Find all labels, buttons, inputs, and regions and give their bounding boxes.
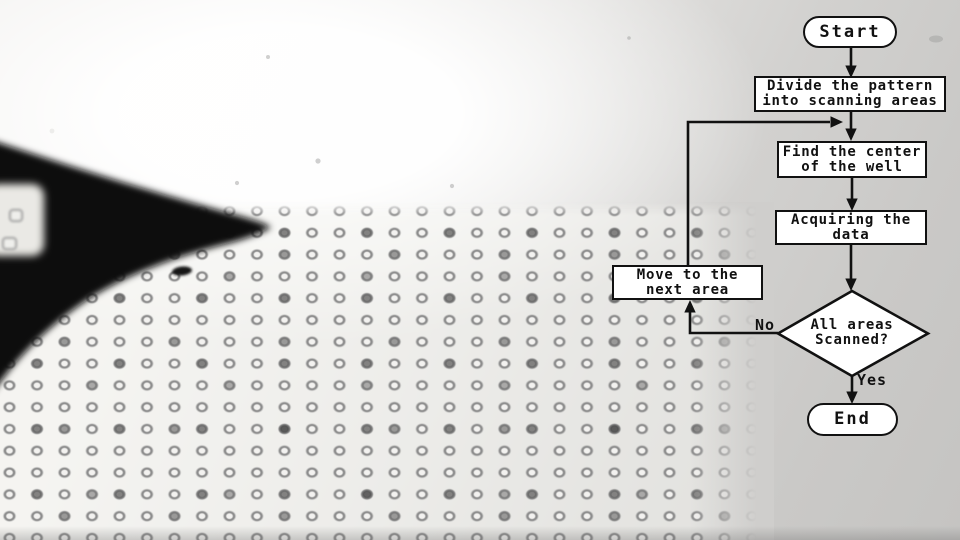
flow-node-decision-label: All areas Scanned? <box>779 318 925 348</box>
node-label-line: of the well <box>779 160 925 175</box>
node-label: End <box>809 411 896 428</box>
flow-node-start: Start <box>803 16 897 48</box>
node-label-line: Acquiring the <box>777 213 925 228</box>
microwell-array-fade <box>690 202 774 540</box>
node-label-line: All areas <box>779 318 925 333</box>
microwell-array <box>0 202 756 540</box>
micrograph-scene: Start Divide the pattern into scanning a… <box>0 0 960 540</box>
node-label-line: Divide the pattern <box>756 79 944 94</box>
edge-label-yes: Yes <box>857 371 887 389</box>
node-label: Start <box>805 24 895 41</box>
flow-node-acquire-data: Acquiring the data <box>775 210 927 245</box>
flow-node-find-center: Find the center of the well <box>777 141 927 178</box>
flow-node-move-next-area: Move to the next area <box>612 265 763 300</box>
node-label-line: Scanned? <box>779 333 925 348</box>
node-label-line: into scanning areas <box>756 94 944 109</box>
node-label-line: Find the center <box>779 145 925 160</box>
flow-node-divide: Divide the pattern into scanning areas <box>754 76 946 112</box>
edge-label-no: No <box>741 316 775 334</box>
node-label-line: next area <box>614 283 761 298</box>
node-label-line: Move to the <box>614 268 761 283</box>
node-label-line: data <box>777 228 925 243</box>
flow-node-end: End <box>807 403 898 436</box>
